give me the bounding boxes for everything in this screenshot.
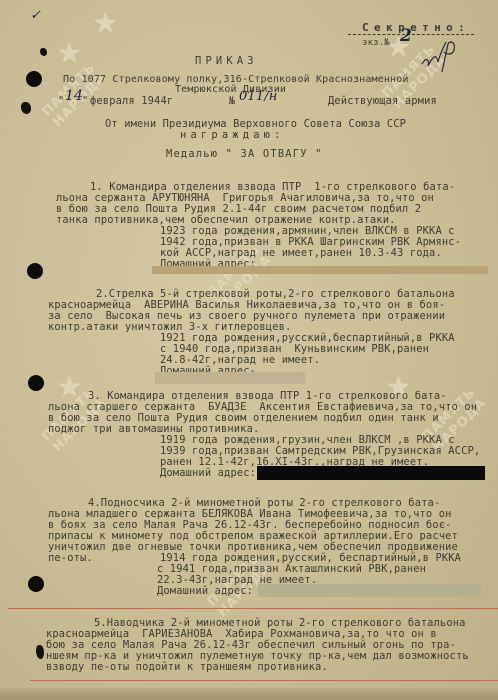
copy-number: 2 [400,31,412,42]
redacted-address [257,466,485,480]
redacted-address [155,372,305,384]
redacted-address [152,266,488,274]
order-title: ПРИКАЗ [195,56,258,67]
punch-hole [27,263,43,279]
order-date-day: 14 [65,91,83,102]
order-date: февраля 1944г [90,96,173,107]
medal-name: Медалью " ЗА ОТВАГУ " [166,149,323,160]
award-verb: награждаю: [180,130,285,141]
copy-label: экз.№ [362,38,390,49]
ink-blot [21,102,31,114]
red-divider-line [8,608,498,609]
entry-text-line: взводу пе-оты подойти к траншеям противн… [46,662,328,673]
order-number-prefix: № [229,96,235,107]
classification-label: Секретно: [362,22,470,33]
home-address-label: Домашний адрес: [157,586,253,597]
entry-text-line: пе-оты. [48,553,93,564]
date-quote-close: " [82,96,88,107]
red-divider-line [30,680,498,681]
ink-blot [40,48,47,56]
redacted-address [258,584,481,597]
ink-blot [36,645,44,659]
checkmark: ✓ [30,10,41,21]
punch-hole [28,576,44,592]
order-location: Действующая армия [328,96,437,107]
watermark-star-icon: ★ [92,6,119,41]
punch-hole [26,71,42,87]
order-number: 011/н [239,91,278,102]
watermark-star-icon: ★ [56,36,83,71]
punch-hole [28,375,44,391]
date-quote-open: " [58,96,64,107]
home-address-label: Домашний адрес: [160,468,256,479]
signature [420,38,460,74]
page-bottom-edge [0,688,498,700]
